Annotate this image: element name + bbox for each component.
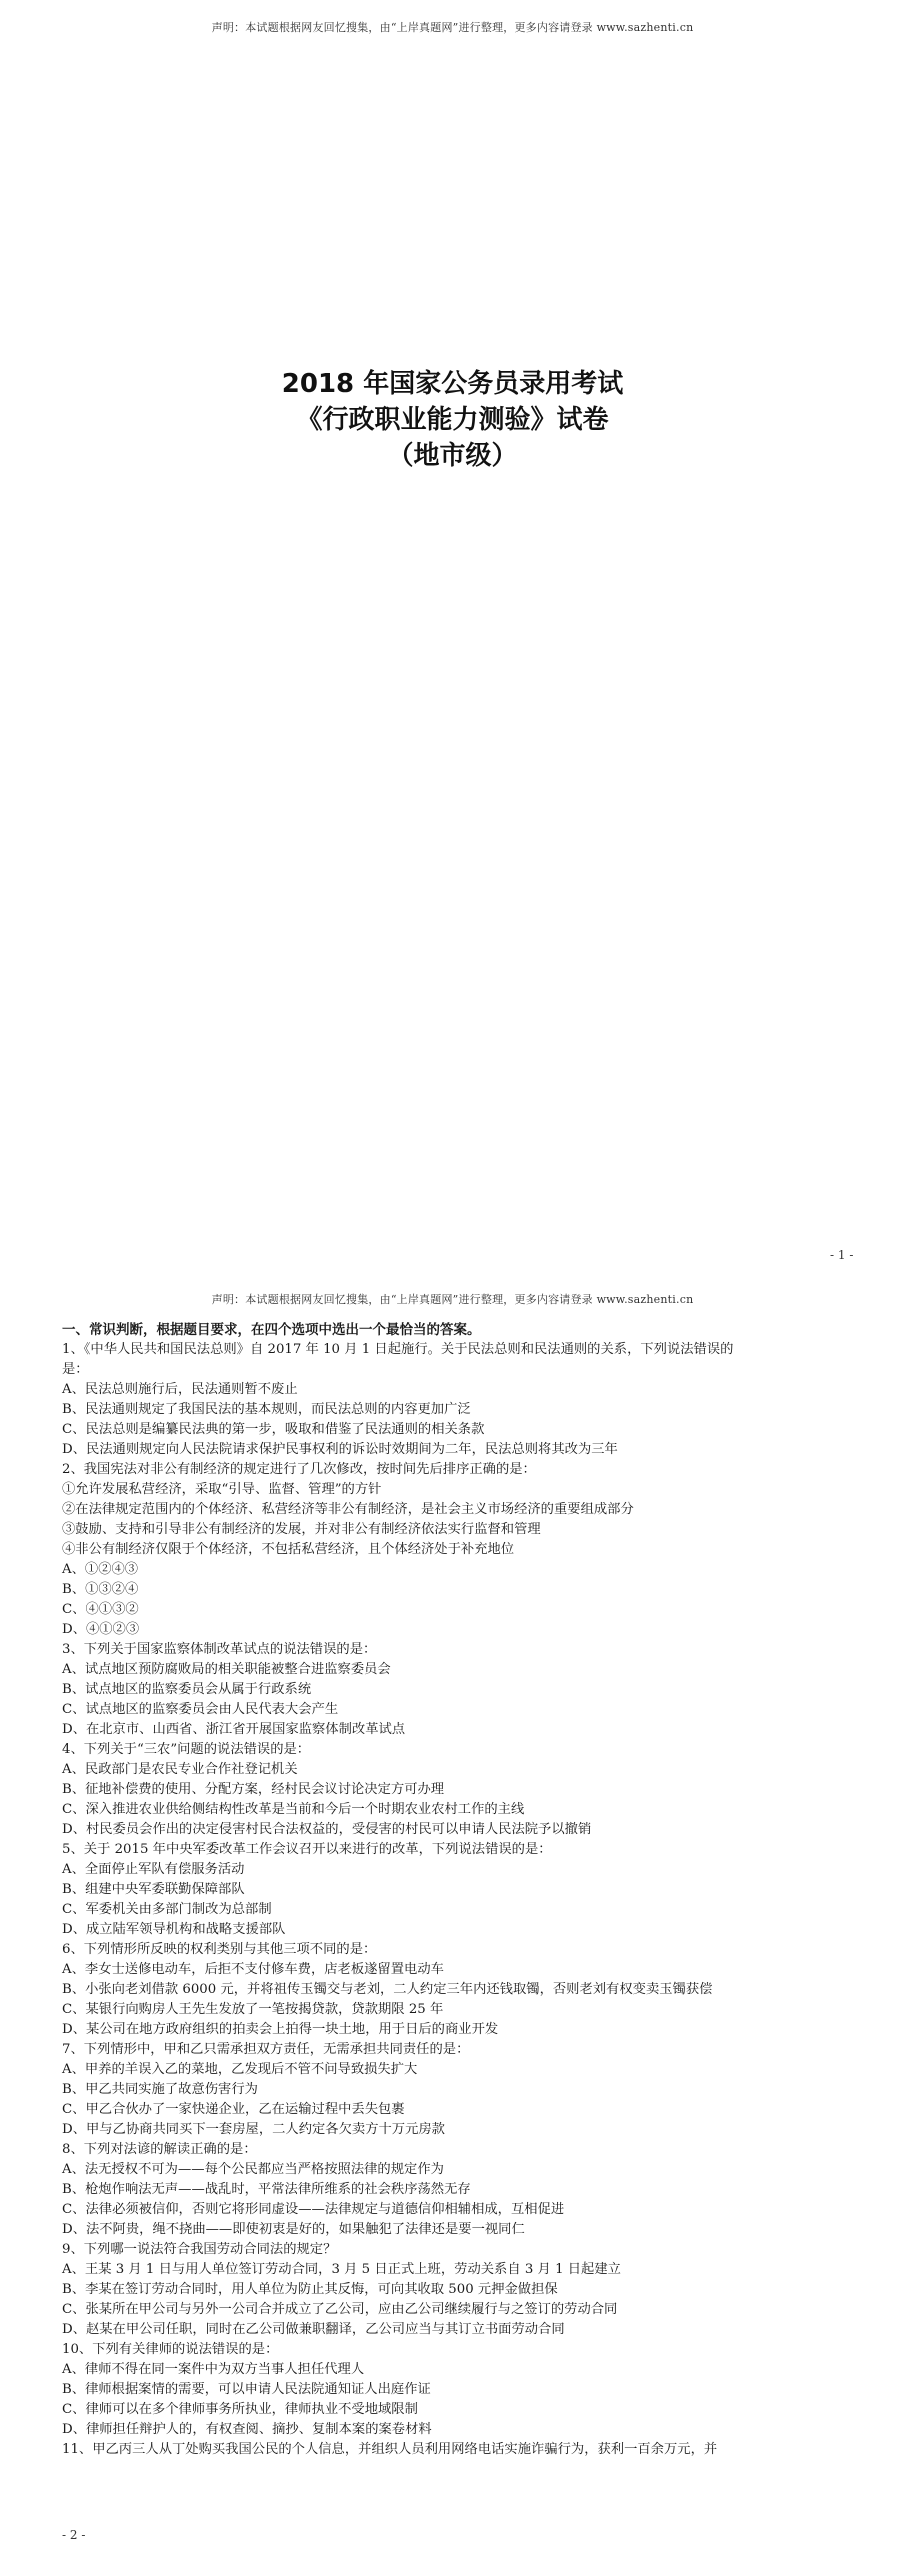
question-stem: 1、《中华人民共和国民法总则》自 2017 年 10 月 1 日起施行。关于民法…: [62, 1340, 862, 1360]
question-10: 10、下列有关律师的说法错误的是： A、律师不得在同一案件中为双方当事人担任代理…: [62, 2340, 862, 2440]
question-stem: 5、关于 2015 年中央军委改革工作会议召开以来进行的改革，下列说法错误的是：: [62, 1840, 862, 1860]
question-stem: 8、下列对法谚的解读正确的是：: [62, 2140, 862, 2160]
question-stem: 4、下列关于“三农”问题的说法错误的是：: [62, 1740, 862, 1760]
option-c: C、法律必须被信仰，否则它将形同虚设——法律规定与道德信仰相辅相成，互相促进: [62, 2200, 862, 2220]
title-line-subject: 《行政职业能力测验》试卷: [0, 402, 905, 438]
question-stem: 2、我国宪法对非公有制经济的规定进行了几次修改，按时间先后排序正确的是：: [62, 1460, 862, 1480]
option-a: A、王某 3 月 1 日与用人单位签订劳动合同，3 月 5 日正式上班，劳动关系…: [62, 2260, 862, 2280]
document-title: 2018 年国家公务员录用考试 《行政职业能力测验》试卷 （地市级）: [0, 366, 905, 474]
option-d: D、某公司在地方政府组织的拍卖会上拍得一块土地，用于日后的商业开发: [62, 2020, 862, 2040]
option-d: D、法不阿贵，绳不挠曲——即使初衷是好的，如果触犯了法律还是要一视同仁: [62, 2220, 862, 2240]
option-c: C、试点地区的监察委员会由人民代表大会产生: [62, 1700, 862, 1720]
option-c: C、张某所在甲公司与另外一公司合并成立了乙公司，应由乙公司继续履行与之签订的劳动…: [62, 2300, 862, 2320]
option-c: C、律师可以在多个律师事务所执业，律师执业不受地域限制: [62, 2400, 862, 2420]
question-stem: 7、下列情形中，甲和乙只需承担双方责任，无需承担共同责任的是：: [62, 2040, 862, 2060]
option-b: B、①③②④: [62, 1580, 862, 1600]
statement-1: ①允许发展私营经济，采取“引导、监督、管理”的方针: [62, 1480, 862, 1500]
option-a: A、全面停止军队有偿服务活动: [62, 1860, 862, 1880]
option-b: B、小张向老刘借款 6000 元，并将祖传玉镯交与老刘，二人约定三年内还钱取镯，…: [62, 1980, 862, 2000]
option-d: D、成立陆军领导机构和战略支援部队: [62, 1920, 862, 1940]
title-line-exam: 2018 年国家公务员录用考试: [0, 366, 905, 402]
option-a: A、民政部门是农民专业合作社登记机关: [62, 1760, 862, 1780]
option-b: B、征地补偿费的使用、分配方案，经村民会议讨论决定方可办理: [62, 1780, 862, 1800]
page-1: 声明：本试题根据网友回忆搜集，由“上岸真题网”进行整理，更多内容请登录 www.…: [0, 0, 905, 1280]
question-4: 4、下列关于“三农”问题的说法错误的是： A、民政部门是农民专业合作社登记机关 …: [62, 1740, 862, 1840]
option-b: B、枪炮作响法无声——战乱时，平常法律所维系的社会秩序荡然无存: [62, 2180, 862, 2200]
option-a: A、民法总则施行后，民法通则暂不废止: [62, 1380, 862, 1400]
question-3: 3、下列关于国家监察体制改革试点的说法错误的是： A、试点地区预防腐败局的相关职…: [62, 1640, 862, 1740]
section-heading: 一、常识判断，根据题目要求，在四个选项中选出一个最恰当的答案。: [62, 1320, 862, 1340]
option-b: B、律师根据案情的需要，可以申请人民法院通知证人出庭作证: [62, 2380, 862, 2400]
option-b: B、试点地区的监察委员会从属于行政系统: [62, 1680, 862, 1700]
option-c: C、甲乙合伙办了一家快递企业，乙在运输过程中丢失包裹: [62, 2100, 862, 2120]
question-8: 8、下列对法谚的解读正确的是： A、法无授权不可为——每个公民都应当严格按照法律…: [62, 2140, 862, 2240]
question-7: 7、下列情形中，甲和乙只需承担双方责任，无需承担共同责任的是： A、甲养的羊误入…: [62, 2040, 862, 2140]
option-a: A、律师不得在同一案件中为双方当事人担任代理人: [62, 2360, 862, 2380]
question-11: 11、甲乙丙三人从丁处购买我国公民的个人信息，并组织人员利用网络电话实施诈骗行为…: [62, 2440, 862, 2460]
option-b: B、组建中央军委联勤保障部队: [62, 1880, 862, 1900]
option-a: A、李女士送修电动车，后拒不支付修车费，店老板遂留置电动车: [62, 1960, 862, 1980]
option-a: A、试点地区预防腐败局的相关职能被整合进监察委员会: [62, 1660, 862, 1680]
page-header-disclaimer: 声明：本试题根据网友回忆搜集，由“上岸真题网”进行整理，更多内容请登录 www.…: [0, 1291, 905, 1307]
option-d: D、甲与乙协商共同买下一套房屋，二人约定各欠卖方十万元房款: [62, 2120, 862, 2140]
question-stem: 10、下列有关律师的说法错误的是：: [62, 2340, 862, 2360]
statement-3: ③鼓励、支持和引导非公有制经济的发展，并对非公有制经济依法实行监督和管理: [62, 1520, 862, 1540]
question-content: 一、常识判断，根据题目要求，在四个选项中选出一个最恰当的答案。 1、《中华人民共…: [62, 1320, 862, 2460]
option-c: C、某银行向购房人王先生发放了一笔按揭贷款，贷款期限 25 年: [62, 2000, 862, 2020]
question-stem-continued: 是：: [62, 1360, 862, 1380]
option-c: C、民法总则是编纂民法典的第一步，吸取和借鉴了民法通则的相关条款: [62, 1420, 862, 1440]
option-a: A、①②④③: [62, 1560, 862, 1580]
option-c: C、军委机关由多部门制改为总部制: [62, 1900, 862, 1920]
question-stem: 11、甲乙丙三人从丁处购买我国公民的个人信息，并组织人员利用网络电话实施诈骗行为…: [62, 2440, 862, 2460]
title-line-level: （地市级）: [0, 438, 905, 474]
question-6: 6、下列情形所反映的权利类别与其他三项不同的是： A、李女士送修电动车，后拒不支…: [62, 1940, 862, 2040]
option-d: D、民法通则规定向人民法院请求保护民事权利的诉讼时效期间为二年，民法总则将其改为…: [62, 1440, 862, 1460]
option-d: D、村民委员会作出的决定侵害村民合法权益的，受侵害的村民可以申请人民法院予以撤销: [62, 1820, 862, 1840]
option-b: B、甲乙共同实施了故意伤害行为: [62, 2080, 862, 2100]
page-number: - 2 -: [62, 2528, 85, 2542]
question-stem: 3、下列关于国家监察体制改革试点的说法错误的是：: [62, 1640, 862, 1660]
question-stem: 6、下列情形所反映的权利类别与其他三项不同的是：: [62, 1940, 862, 1960]
statement-2: ②在法律规定范围内的个体经济、私营经济等非公有制经济，是社会主义市场经济的重要组…: [62, 1500, 862, 1520]
page-2: 声明：本试题根据网友回忆搜集，由“上岸真题网”进行整理，更多内容请登录 www.…: [0, 1280, 905, 2560]
option-c: C、④①③②: [62, 1600, 862, 1620]
option-a: A、法无授权不可为——每个公民都应当严格按照法律的规定作为: [62, 2160, 862, 2180]
option-a: A、甲养的羊误入乙的菜地，乙发现后不管不问导致损失扩大: [62, 2060, 862, 2080]
option-b: B、民法通则规定了我国民法的基本规则，而民法总则的内容更加广泛: [62, 1400, 862, 1420]
option-d: D、律师担任辩护人的，有权查阅、摘抄、复制本案的案卷材料: [62, 2420, 862, 2440]
option-b: B、李某在签订劳动合同时，用人单位为防止其反悔，可向其收取 500 元押金做担保: [62, 2280, 862, 2300]
question-1: 1、《中华人民共和国民法总则》自 2017 年 10 月 1 日起施行。关于民法…: [62, 1340, 862, 1460]
statement-4: ④非公有制经济仅限于个体经济，不包括私营经济，且个体经济处于补充地位: [62, 1540, 862, 1560]
question-2: 2、我国宪法对非公有制经济的规定进行了几次修改，按时间先后排序正确的是： ①允许…: [62, 1460, 862, 1640]
page-number: - 1 -: [830, 1248, 853, 1262]
question-stem: 9、下列哪一说法符合我国劳动合同法的规定？: [62, 2240, 862, 2260]
page-header-disclaimer: 声明：本试题根据网友回忆搜集，由“上岸真题网”进行整理，更多内容请登录 www.…: [0, 19, 905, 35]
question-9: 9、下列哪一说法符合我国劳动合同法的规定？ A、王某 3 月 1 日与用人单位签…: [62, 2240, 862, 2340]
option-d: D、④①②③: [62, 1620, 862, 1640]
option-d: D、赵某在甲公司任职，同时在乙公司做兼职翻译，乙公司应当与其订立书面劳动合同: [62, 2320, 862, 2340]
option-c: C、深入推进农业供给侧结构性改革是当前和今后一个时期农业农村工作的主线: [62, 1800, 862, 1820]
question-5: 5、关于 2015 年中央军委改革工作会议召开以来进行的改革，下列说法错误的是：…: [62, 1840, 862, 1940]
option-d: D、在北京市、山西省、浙江省开展国家监察体制改革试点: [62, 1720, 862, 1740]
